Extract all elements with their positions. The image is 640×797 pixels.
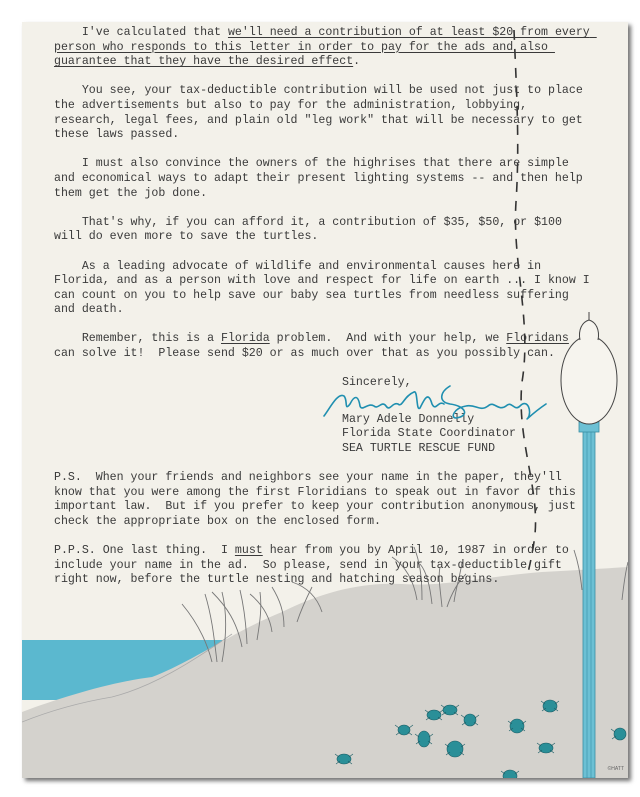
closing-block: Sincerely, Mary Adele Donnelly Florida S… — [342, 376, 594, 456]
paragraph-highrises: I must also convince the owners of the h… — [54, 157, 594, 201]
postscripts: P.S. When your friends and neighbors see… — [54, 471, 594, 588]
underlined-text: Floridans — [506, 332, 569, 345]
text-segment: Remember, this is a — [82, 332, 221, 345]
underlined-text: Florida — [221, 332, 270, 345]
ocean — [22, 640, 222, 700]
copyright-mark: ©HATT — [608, 766, 624, 772]
paragraph-contribution-need: I've calculated that we'll need a contri… — [54, 26, 594, 70]
paragraph-use-of-funds: You see, your tax-deductible contributio… — [54, 84, 594, 142]
text-segment: P.P.S. One last thing. I — [54, 544, 235, 557]
letter-body: I've calculated that we'll need a contri… — [54, 26, 594, 603]
letter-page: I've calculated that we'll need a contri… — [22, 22, 628, 778]
paragraph-florida-problem: Remember, this is a Florida problem. And… — [54, 332, 594, 361]
signer-title: Florida State Coordinator — [342, 427, 594, 442]
text-segment: I must also convince the owners of the h… — [54, 157, 590, 199]
text-segment: As a leading advocate of wildlife and en… — [54, 260, 597, 317]
text-segment: problem. And with your help, we — [270, 332, 507, 345]
paragraph-advocate: As a leading advocate of wildlife and en… — [54, 260, 594, 318]
postscript-pps: P.P.S. One last thing. I must hear from … — [54, 544, 594, 588]
underlined-text: must — [235, 544, 263, 557]
text-segment: P.S. When your friends and neighbors see… — [54, 471, 583, 528]
baby-sea-turtles — [335, 700, 626, 778]
text-segment: You see, your tax-deductible contributio… — [54, 84, 590, 141]
text-segment: I've calculated that — [82, 26, 228, 39]
postscript-ps: P.S. When your friends and neighbors see… — [54, 471, 594, 529]
text-segment: . — [353, 55, 360, 68]
text-segment: That's why, if you can afford it, a cont… — [54, 216, 569, 244]
handwritten-signature — [320, 382, 550, 426]
organization-name: SEA TURTLE RESCUE FUND — [342, 442, 594, 457]
paragraph-suggested-amounts: That's why, if you can afford it, a cont… — [54, 216, 594, 245]
